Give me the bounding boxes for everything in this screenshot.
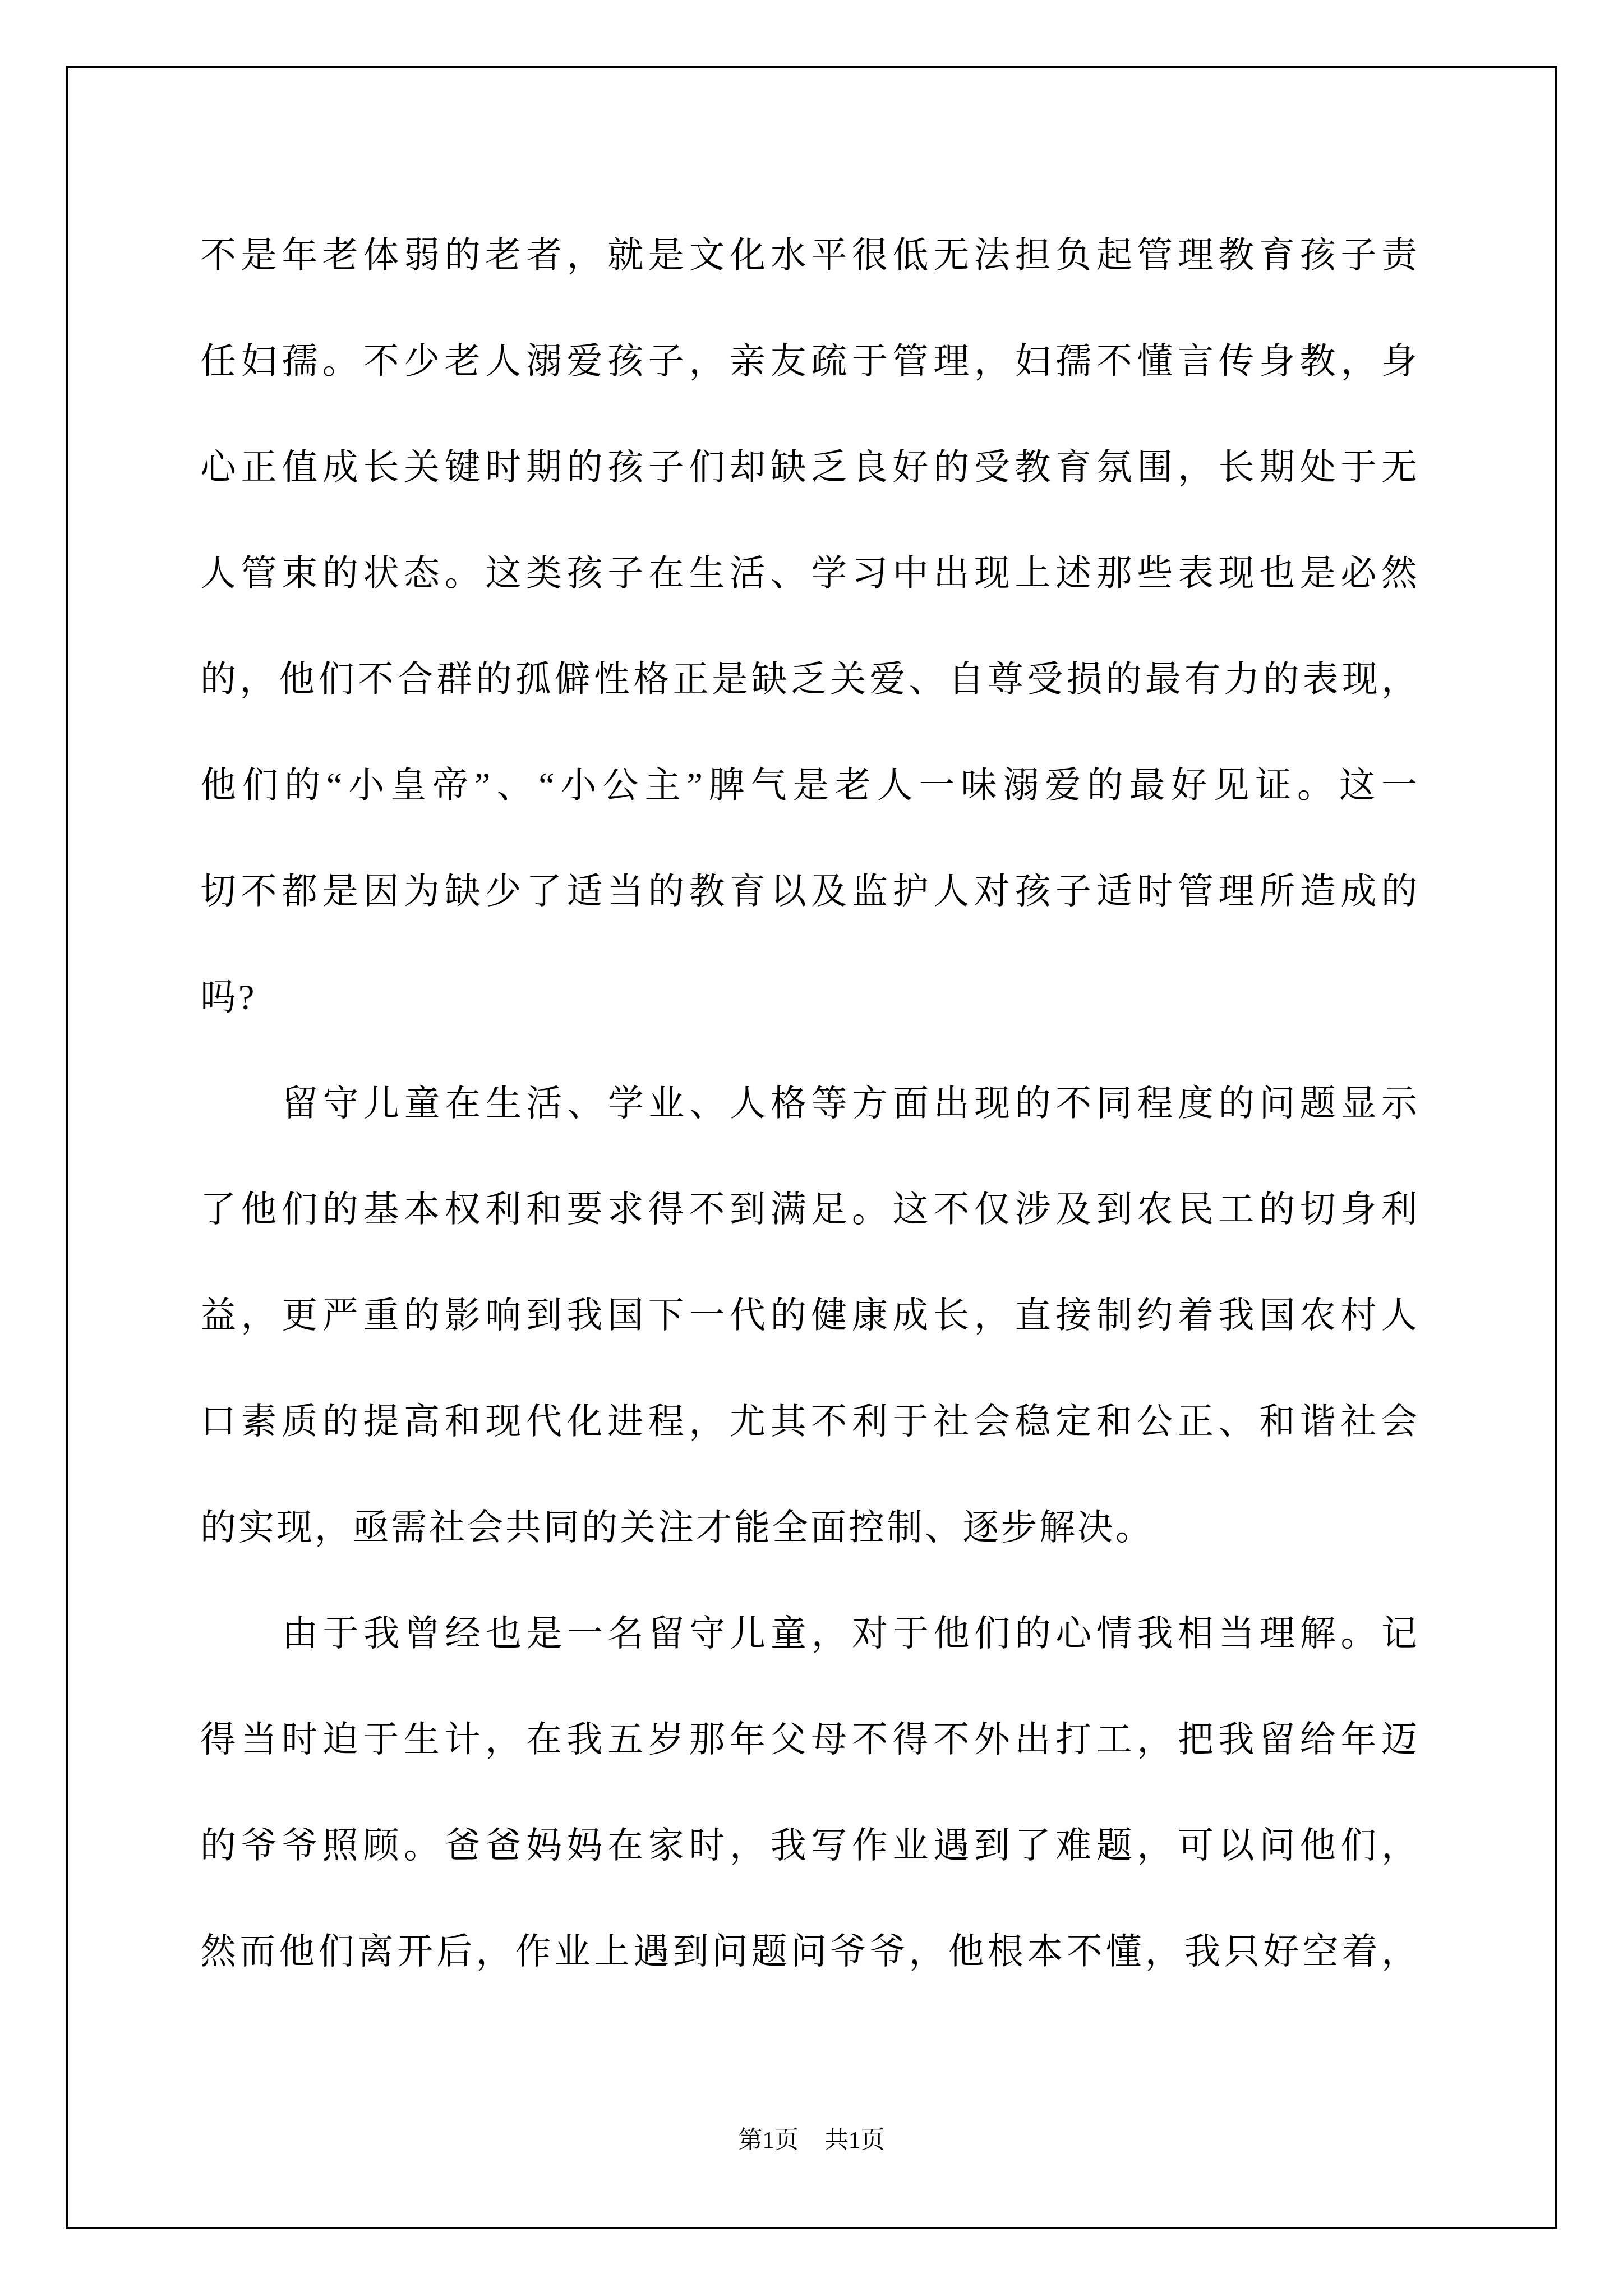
text-line: 吗? [200,944,1419,1050]
text-line: 然而他们离开后，作业上遇到问题问爷爷，他根本不懂，我只好空着， [200,1898,1419,2004]
text-line: 了他们的基本权利和要求得不到满足。这不仅涉及到农民工的切身利 [200,1156,1419,1262]
text-line: 的实现，亟需社会共同的关注才能全面控制、逐步解决。 [200,1474,1419,1580]
text-line: 留守儿童在生活、学业、人格等方面出现的不同程度的问题显示 [200,1050,1419,1156]
text-line: 心正值成长关键时期的孩子们却缺乏良好的受教育氛围，长期处于无 [200,414,1419,520]
text-line: 人管束的状态。这类孩子在生活、学习中出现上述那些表现也是必然 [200,520,1419,626]
paragraph: 由于我曾经也是一名留守儿童，对于他们的心情我相当理解。记 得当时迫于生计，在我五… [200,1580,1419,2004]
text-line: 得当时迫于生计，在我五岁那年父母不得不外出打工，把我留给年迈 [200,1686,1419,1792]
text-line: 他们的“小皇帝”、“小公主”脾气是老人一味溺爱的最好见证。这一 [200,732,1419,838]
text-line: 的，他们不合群的孤僻性格正是缺乏关爱、自尊受损的最有力的表现， [200,626,1419,732]
text-line: 的爷爷照顾。爸爸妈妈在家时，我写作业遇到了难题，可以问他们， [200,1792,1419,1898]
document-page: { "content": { "paragraphs": [ { "lines"… [0,0,1623,2296]
page-footer: 第1页 共1页 [0,2126,1623,2155]
text-line: 任妇孺。不少老人溺爱孩子，亲友疏于管理，妇孺不懂言传身教，身 [200,308,1419,414]
paragraph: 留守儿童在生活、学业、人格等方面出现的不同程度的问题显示 了他们的基本权利和要求… [200,1050,1419,1580]
text-line: 由于我曾经也是一名留守儿童，对于他们的心情我相当理解。记 [200,1580,1419,1686]
paragraph: 不是年老体弱的老者，就是文化水平很低无法担负起管理教育孩子责 任妇孺。不少老人溺… [200,202,1419,1050]
text-line: 口素质的提高和现代化进程，尤其不利于社会稳定和公正、和谐社会 [200,1368,1419,1474]
text-line: 不是年老体弱的老者，就是文化水平很低无法担负起管理教育孩子责 [200,202,1419,308]
page-number: 第1页 [739,2126,799,2155]
text-line: 切不都是因为缺少了适当的教育以及监护人对孩子适时管理所造成的 [200,838,1419,944]
document-body: 不是年老体弱的老者，就是文化水平很低无法担负起管理教育孩子责 任妇孺。不少老人溺… [200,202,1419,2004]
page-count: 共1页 [824,2126,885,2155]
text-line: 益，更严重的影响到我国下一代的健康成长，直接制约着我国农村人 [200,1262,1419,1368]
